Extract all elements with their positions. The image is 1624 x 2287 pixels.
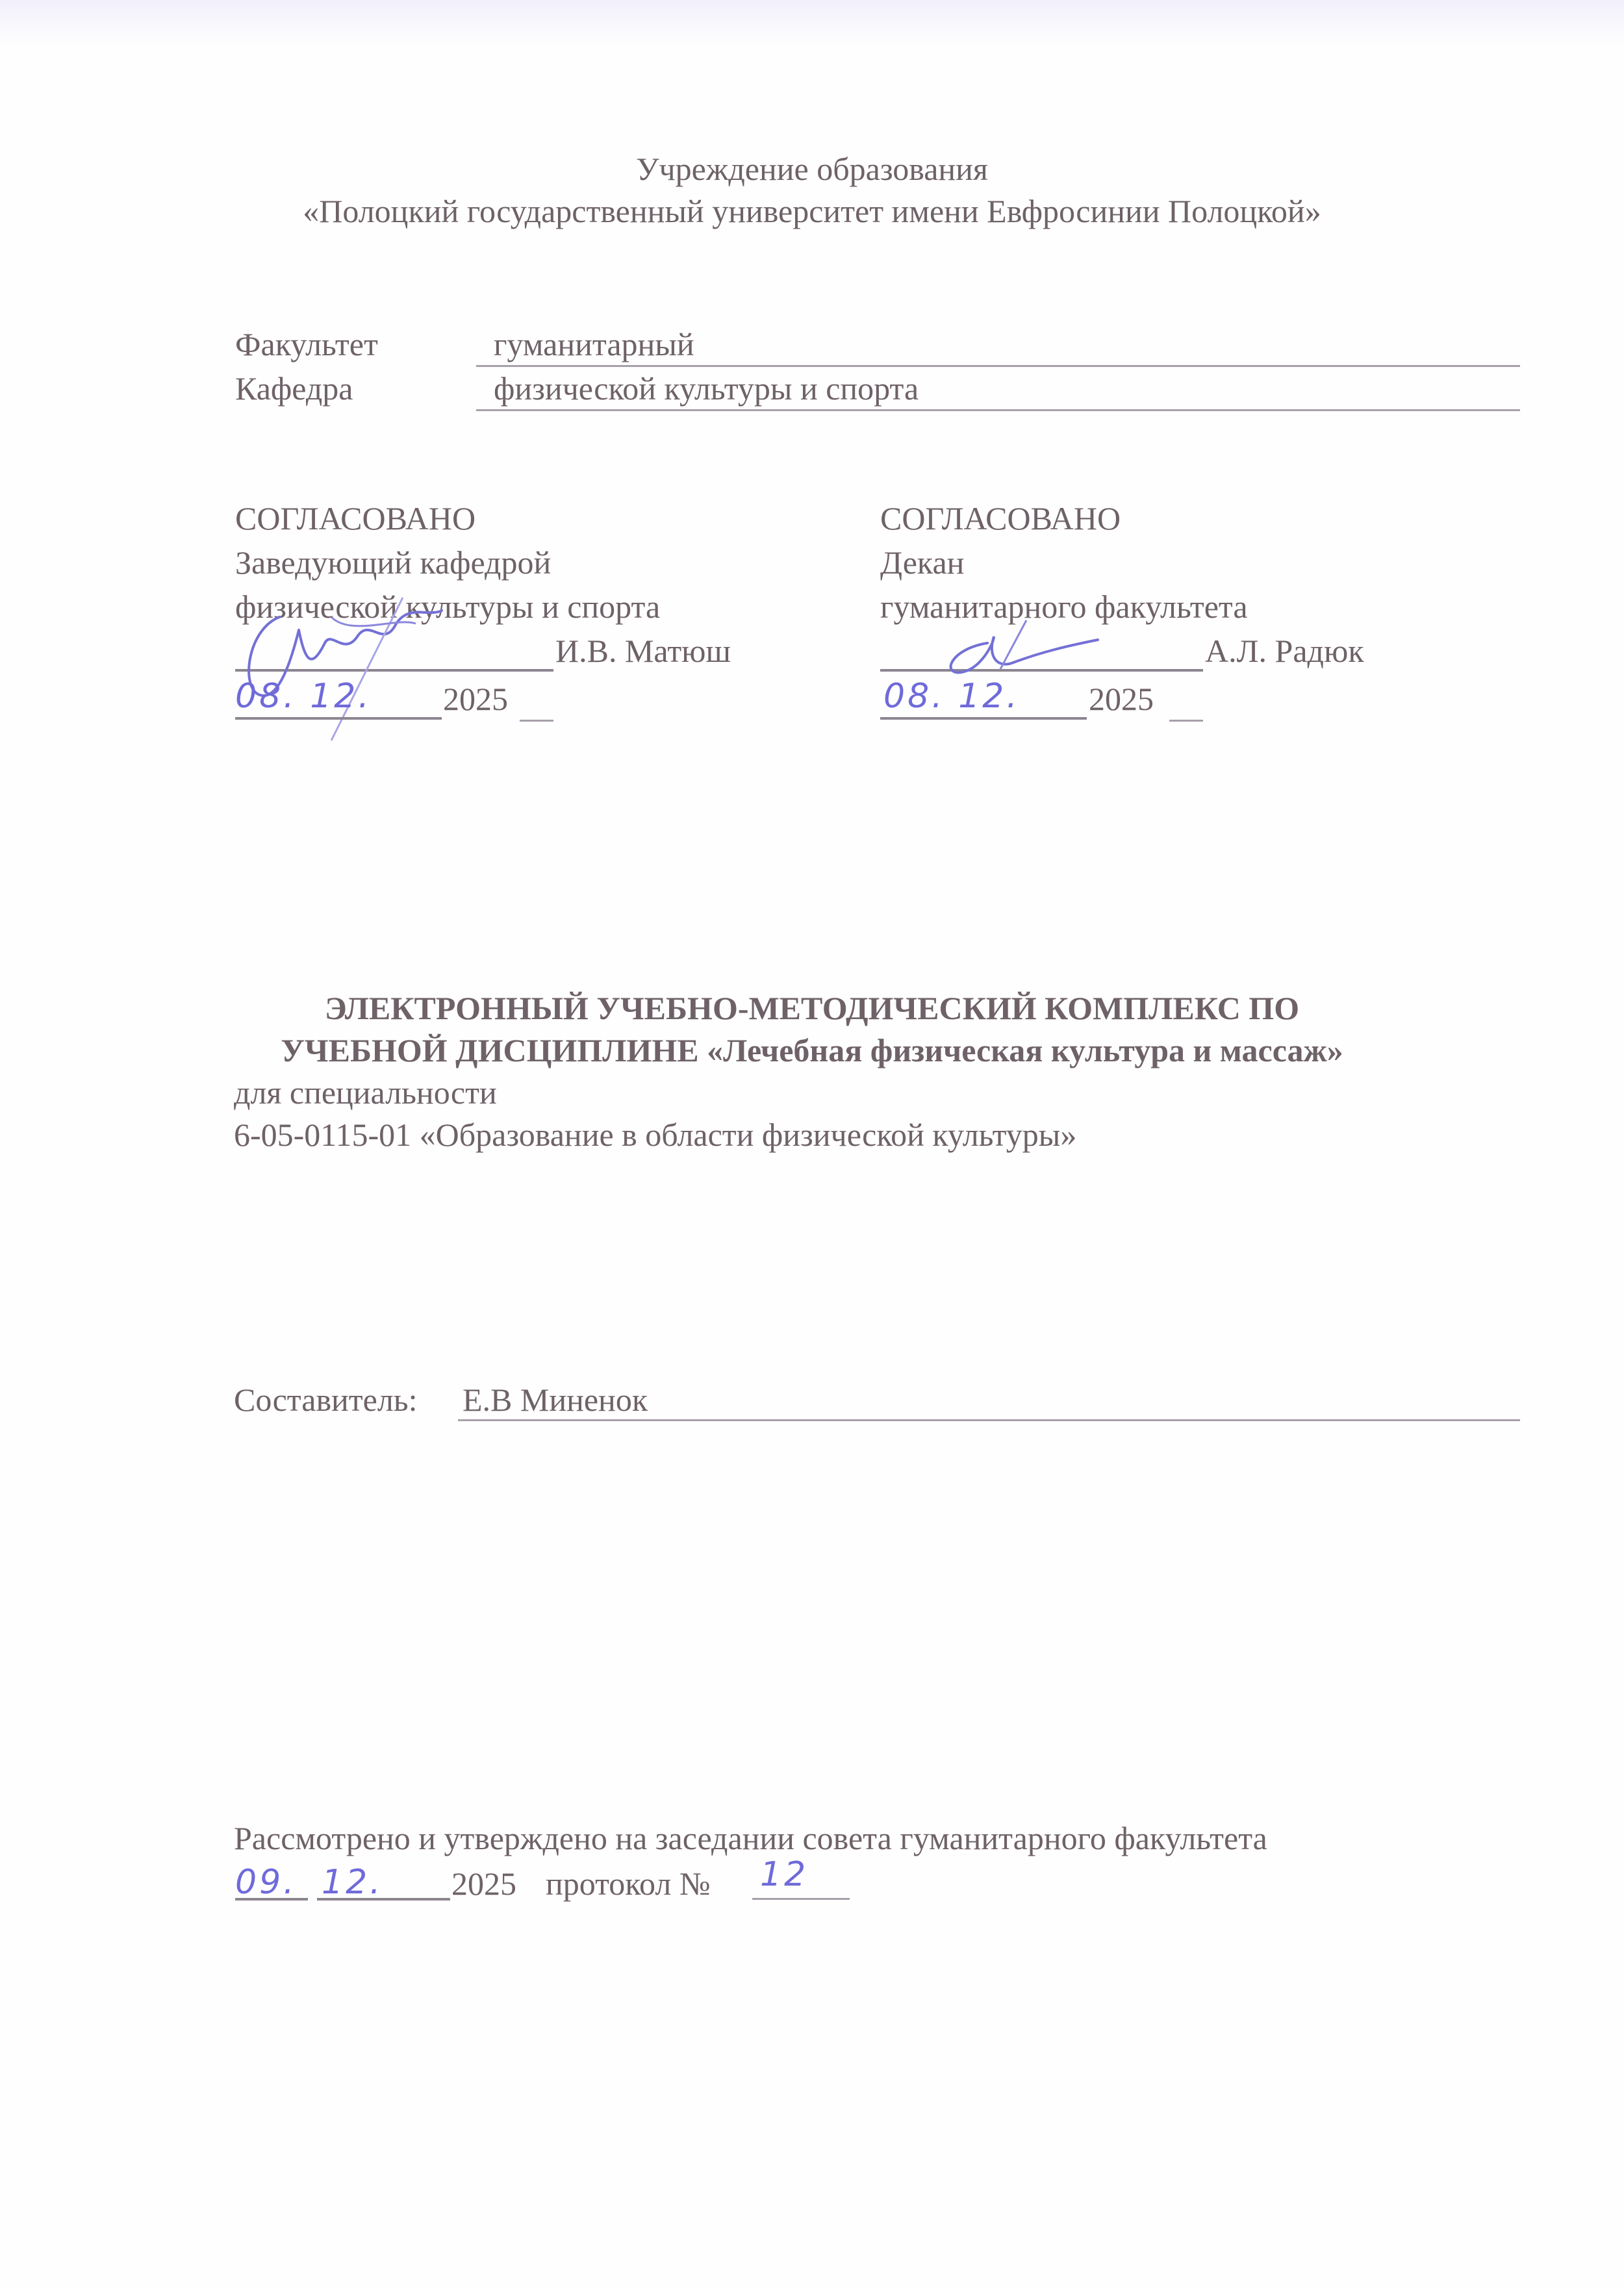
- handwritten-day: 09.: [235, 1863, 297, 1902]
- signature-line: [880, 669, 1203, 672]
- council-year: 2025: [451, 1864, 516, 1903]
- scan-artifact: [0, 0, 1624, 45]
- handwritten-month: 12.: [322, 1863, 383, 1902]
- approver-name: И.В. Матюш: [555, 631, 731, 670]
- document-page: Учреждение образования «Полоцкий государ…: [0, 0, 1624, 2287]
- year-underline: [520, 720, 553, 722]
- approval-position-faculty: гуманитарного факультета: [880, 587, 1248, 626]
- approval-year: 2025: [1089, 679, 1154, 718]
- faculty-label: Факультет: [235, 325, 378, 364]
- year-underline: [1169, 720, 1203, 722]
- day-underline: [235, 1898, 308, 1901]
- department-underline: [476, 409, 1520, 411]
- signature-line: [235, 669, 553, 672]
- compiler-underline: [458, 1419, 1520, 1421]
- institution-line-1: Учреждение образования: [0, 149, 1624, 188]
- department-label: Кафедра: [235, 369, 353, 408]
- handwritten-date: 08. 12.: [883, 677, 1020, 716]
- council-approval-text: Рассмотрено и утверждено на заседании со…: [234, 1819, 1267, 1858]
- approval-heading: СОГЛАСОВАНО: [235, 499, 476, 538]
- approval-position: Декан: [880, 543, 964, 582]
- department-value: физической культуры и спорта: [494, 369, 919, 408]
- handwritten-date: 08. 12.: [235, 677, 372, 716]
- compiler-name: Е.В Миненок: [463, 1380, 648, 1419]
- date-underline: [235, 717, 442, 720]
- document-title-line-1: ЭЛЕКТРОННЫЙ УЧЕБНО-МЕТОДИЧЕСКИЙ КОМПЛЕКС…: [0, 989, 1624, 1028]
- document-title-line-2: УЧЕБНОЙ ДИСЦИПЛИНЕ «Лечебная физическая …: [0, 1031, 1624, 1070]
- approval-year: 2025: [443, 679, 508, 718]
- faculty-value: гуманитарный: [494, 325, 694, 364]
- institution-name: «Полоцкий государственный университет им…: [0, 192, 1624, 231]
- month-underline: [317, 1898, 450, 1901]
- approval-heading: СОГЛАСОВАНО: [880, 499, 1121, 538]
- protocol-label: протокол №: [546, 1864, 711, 1903]
- specialty-value: 6-05-0115-01 «Образование в области физи…: [234, 1115, 1076, 1154]
- compiler-label: Составитель:: [234, 1380, 418, 1419]
- signature-icon: [935, 617, 1130, 682]
- faculty-underline: [476, 365, 1520, 367]
- handwritten-protocol-number: 12: [760, 1855, 808, 1894]
- date-underline: [880, 717, 1087, 720]
- approver-name: А.Л. Радюк: [1205, 631, 1364, 670]
- approval-position: Заведующий кафедрой: [235, 543, 551, 582]
- protocol-underline: [752, 1898, 850, 1900]
- approval-position-dept: физической культуры и спорта: [235, 587, 660, 626]
- specialty-label: для специальности: [234, 1073, 497, 1112]
